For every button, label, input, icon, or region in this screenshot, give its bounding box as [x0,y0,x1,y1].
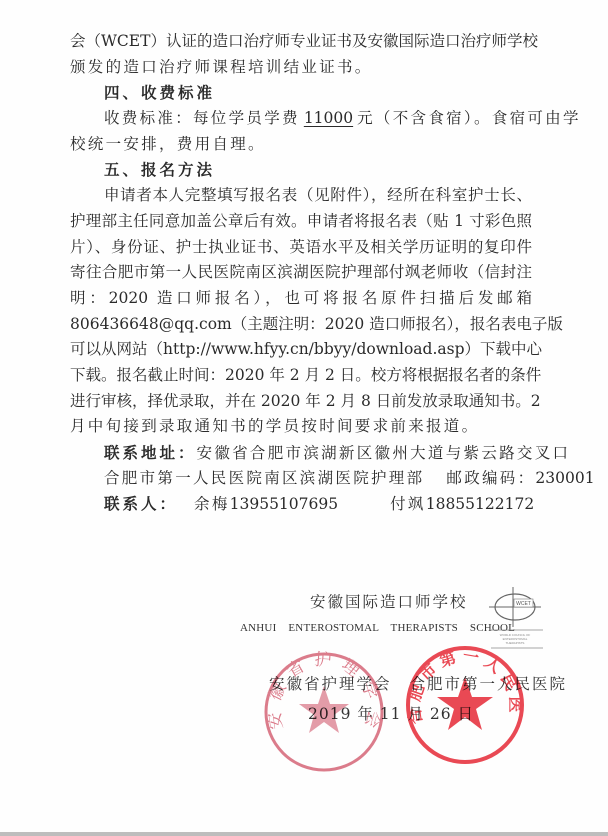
contact-address: 联系地址：安徽省合肥市滨湖新区徽州大道与紫云路交叉口 [70,440,532,466]
paragraph-line: 片）、身份证、护士执业证书、英语水平及相关学历证明的复印件 [70,235,532,261]
paragraph-line: 申请者本人完整填写报名表（见附件），经所在科室护士长、 [70,183,532,209]
paragraph-line: 颁发的造口治疗师课程培训结业证书。 [70,55,532,81]
paragraph-line: 806436648@qq.com（主题注明：2020 造口师报名），报名表电子版 [70,312,532,338]
person1-name: 余梅 [194,495,230,513]
hospital-seal-icon: 合肥市第一人民医院 [403,643,527,767]
postcode: 230001 [535,469,594,487]
logo-text: WCET [516,601,531,607]
paragraph-line: 下载。报名截止时间：2020 年 2 月 2 日。校方将根据报名者的条件 [70,363,532,389]
postcode-label: 邮政编码： [446,469,535,487]
contact-persons: 联系人：余梅13955107695付飒18855122172 [70,491,532,517]
fee-prefix: 收费标准：每位学员学费 [104,109,300,127]
address-line1: 安徽省合肥市滨湖新区徽州大道与紫云路交叉口 [197,444,571,462]
fee-line: 收费标准：每位学员学费11000元（不含食宿）。食宿可由学 [70,106,532,132]
document-page: 会（WCET）认证的造口治疗师专业证书及安徽国际造口治疗师学校 颁发的造口治疗师… [0,0,608,832]
address-line2: 合肥市第一人民医院南区滨湖医院护理部 [104,469,424,487]
paragraph-line: 会（WCET）认证的造口治疗师专业证书及安徽国际造口治疗师学校 [70,29,532,55]
page-bottom-edge [0,832,608,836]
school-name-cn: 安徽国际造口师学校 [310,590,468,612]
paragraph-line: 进行审核，择优录取，并在 2020 年 2 月 8 日前发放录取通知书。2 [70,389,532,415]
paragraph-line: 寄往合肥市第一人民医院南区滨湖医院护理部付飒老师收（信封注 [70,260,532,286]
contact-address-line2: 合肥市第一人民医院南区滨湖医院护理部邮政编码：230001 [70,466,532,492]
section-heading-registration: 五、报名方法 [70,157,532,183]
fee-amount: 11000 [300,109,357,127]
address-label: 联系地址： [104,443,197,462]
person-label: 联系人： [104,494,178,513]
person1-phone: 13955107695 [230,495,338,513]
person2-phone: 18855122172 [426,495,534,513]
fee-suffix: 元（不含食宿）。食宿可由学 [357,109,581,127]
person2-name: 付飒 [390,495,426,513]
paragraph-line: 校统一安排，费用自理。 [70,132,532,158]
section-heading-fees: 四、收费标准 [70,80,532,106]
body-text: 会（WCET）认证的造口治疗师专业证书及安徽国际造口治疗师学校 颁发的造口治疗师… [70,29,532,517]
paragraph-line: 可以从网站（http://www.hfyy.cn/bbyy/download.a… [70,337,532,363]
nursing-association-seal-icon: 安徽省护理学会 [262,650,386,774]
school-name-en: ANHUI ENTEROSTOMAL THERAPISTS SCHOOL [240,622,515,634]
paragraph-line: 月中旬接到录取通知书的学员按时间要求前来报道。 [70,414,532,440]
paragraph-line: 护理部主任同意加盖公章后有效。申请者将报名表（贴 1 寸彩色照 [70,209,532,235]
paragraph-line: 明：2020 造口师报名），也可将报名原件扫描后发邮箱 [70,286,532,312]
